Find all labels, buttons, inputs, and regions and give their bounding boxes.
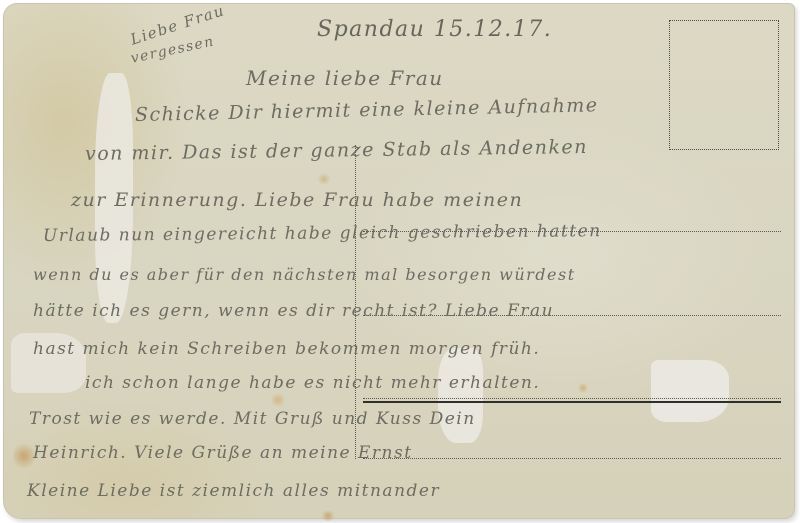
message-line: zur Erinnerung. Liebe Frau habe meinen — [71, 189, 523, 211]
age-stain — [13, 443, 35, 469]
postcard: Liebe Frau vergessen Spandau 15.12.17. M… — [3, 3, 795, 519]
message-line: Trost wie es werde. Mit Gruß und Kuss De… — [29, 409, 476, 429]
age-stain — [578, 383, 588, 393]
age-stain — [271, 393, 285, 407]
message-line: Urlaub nun eingereicht habe gleich gesch… — [43, 221, 602, 246]
address-line-4 — [363, 458, 781, 459]
message-line: hätte ich es gern, wenn es dir recht ist… — [33, 301, 554, 321]
age-stain — [318, 173, 330, 185]
message-line: von mir. Das ist der ganze Stab als Ande… — [85, 136, 588, 165]
message-line: Heinrich. Viele Grüße an meine Ernst — [33, 443, 413, 463]
place-date: Spandau 15.12.17. — [317, 17, 552, 42]
message-line: Schicke Dir hiermit eine kleine Aufnahme — [135, 94, 599, 126]
message-line: Kleine Liebe ist ziemlich alles mitnande… — [27, 481, 440, 501]
address-line-3 — [363, 398, 781, 399]
message-line: Meine liebe Frau — [246, 66, 444, 90]
message-line: hast mich kein Schreiben bekommen morgen… — [33, 339, 540, 359]
message-line: ich schon lange habe es nicht mehr erhal… — [85, 373, 540, 393]
age-stain — [321, 511, 335, 521]
stamp-box — [669, 20, 779, 150]
message-line: wenn du es aber für den nächsten mal bes… — [33, 265, 576, 284]
torn-paper-remnant — [651, 360, 729, 422]
